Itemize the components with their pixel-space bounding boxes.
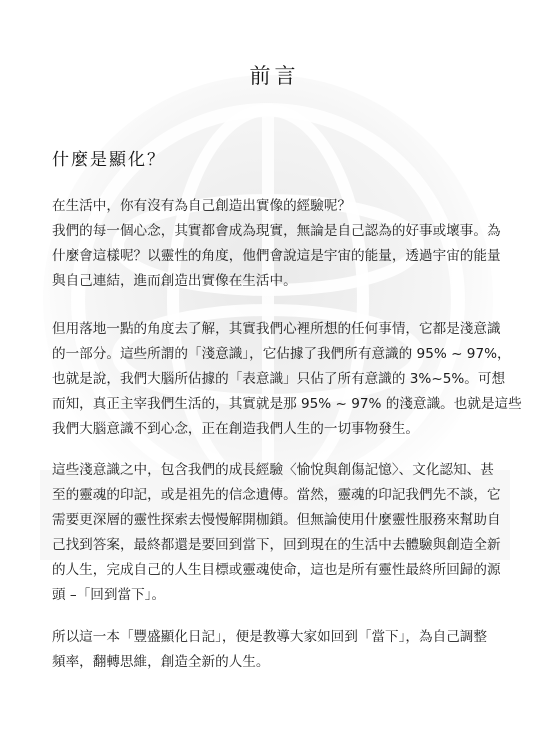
paragraph-2: 但用落地一點的角度去了解，其實我們心裡所想的任何事情，它都是淺意識 的一部分。這… [52, 317, 512, 442]
paragraph-line: 所以這一本「豐盛顯化日記」，便是教導大家如回到「當下」，為自己調整 [52, 625, 512, 650]
paragraph-line: 在生活中，你有沒有為自己創造出實像的經驗呢？ [52, 194, 512, 219]
paragraph-3: 這些淺意識之中，包含我們的成長經驗〈愉悅與創傷記憶〉、文化認知、甚 至的靈魂的印… [52, 458, 512, 608]
paragraph-line: 我們的每一個心念，其實都會成為現實，無論是自己認為的好事或壞事。為 [52, 219, 512, 244]
paragraph-line: 而知，真正主宰我們生活的，其實就是那 95% ~ 97% 的淺意識。也就是這些 [52, 392, 512, 417]
paragraph-line: 需要更深層的靈性探索去慢慢解開枷鎖。但無論使用什麼靈性服務來幫助自 [52, 508, 512, 533]
paragraph-line: 頻率，翻轉思維，創造全新的人生。 [52, 650, 512, 675]
paragraph-line: 這些淺意識之中，包含我們的成長經驗〈愉悅與創傷記憶〉、文化認知、甚 [52, 458, 512, 483]
paragraph-line: 與自己連結，進而創造出實像在生活中。 [52, 269, 512, 294]
page-title: 前言 [0, 60, 549, 90]
paragraph-line: 但用落地一點的角度去了解，其實我們心裡所想的任何事情，它都是淺意識 [52, 317, 512, 342]
paragraph-line: 己找到答案，最終都還是要回到當下，回到現在的生活中去體驗與創造全新 [52, 533, 512, 558]
paragraph-1: 在生活中，你有沒有為自己創造出實像的經驗呢？ 我們的每一個心念，其實都會成為現實… [52, 194, 512, 294]
paragraph-line: 什麼會這樣呢？以靈性的角度，他們會說這是宇宙的能量，透過宇宙的能量 [52, 244, 512, 269]
section-heading: 什麼是顯化？ [52, 145, 166, 170]
paragraph-line: 我們大腦意識不到心念，正在創造我們人生的一切事物發生。 [52, 417, 512, 442]
paragraph-line: 也就是說，我們大腦所佔據的「表意識」只佔了所有意識的 3%~5%。可想 [52, 367, 512, 392]
paragraph-line: 的人生，完成自己的人生目標或靈魂使命，這也是所有靈性最終所回歸的源 [52, 558, 512, 583]
paragraph-line: 至的靈魂的印記，或是祖先的信念遺傳。當然，靈魂的印記我們先不談，它 [52, 483, 512, 508]
paragraph-4: 所以這一本「豐盛顯化日記」，便是教導大家如回到「當下」，為自己調整 頻率，翻轉思… [52, 625, 512, 675]
paragraph-line: 頭 –「回到當下」。 [52, 583, 512, 608]
paragraph-line: 的一部分。這些所謂的「淺意識」，它佔據了我們所有意識的 95% ~ 97%， [52, 342, 512, 367]
